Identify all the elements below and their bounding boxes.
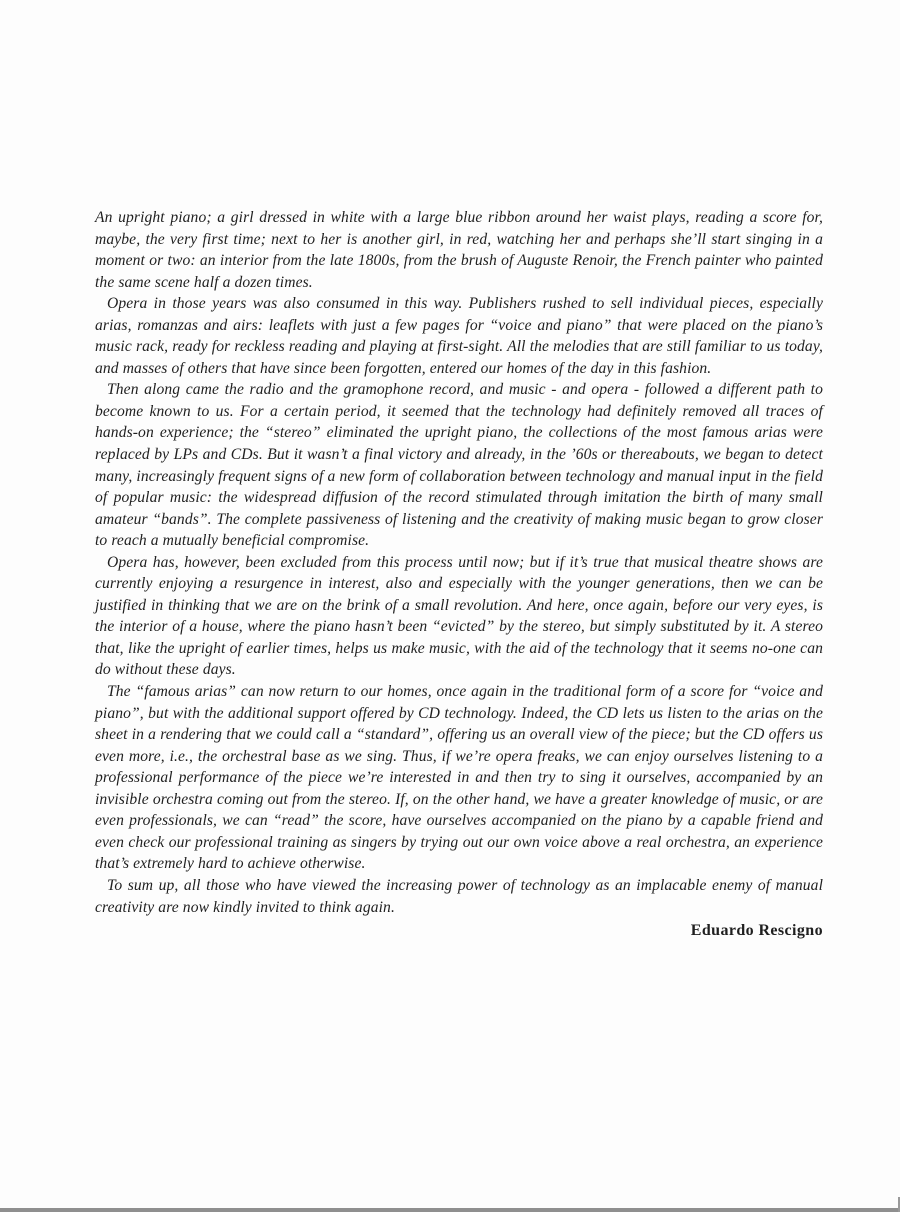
preface-text-block: An upright piano; a girl dressed in whit… bbox=[95, 207, 823, 942]
page-bottom-scan-edge bbox=[0, 1208, 900, 1212]
preface-paragraph-5: The “famous arias” can now return to our… bbox=[95, 681, 823, 875]
preface-paragraph-2: Opera in those years was also consumed i… bbox=[95, 293, 823, 379]
scanned-page: An upright piano; a girl dressed in whit… bbox=[0, 0, 900, 1212]
preface-paragraph-1: An upright piano; a girl dressed in whit… bbox=[95, 207, 823, 293]
preface-paragraph-3: Then along came the radio and the gramop… bbox=[95, 379, 823, 551]
preface-paragraph-6: To sum up, all those who have viewed the… bbox=[95, 875, 823, 918]
author-signature: Eduardo Rescigno bbox=[95, 920, 823, 942]
preface-paragraph-4: Opera has, however, been excluded from t… bbox=[95, 552, 823, 681]
